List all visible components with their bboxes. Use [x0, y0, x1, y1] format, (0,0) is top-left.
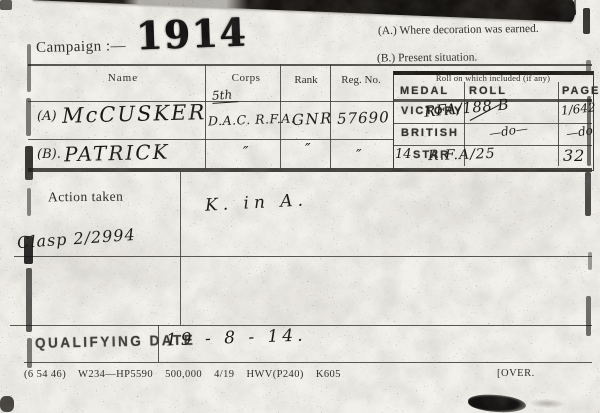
row-a-reg-no: 57690 — [337, 108, 390, 128]
row-a-name: McCUSKER — [62, 100, 207, 128]
divider-action-column — [180, 172, 181, 325]
row-a-corps: D.A.C. R.F.A. — [208, 110, 296, 128]
footer-print-code: (6 54 46) W234—HP5590 500,000 4/19 HWV(P… — [24, 369, 341, 380]
rule-card-bottom — [24, 362, 592, 363]
top-ink-band — [30, 0, 575, 22]
row-b-reg-ditto: ″ — [356, 146, 364, 164]
row-a-corps-unit: 5th — [212, 87, 239, 104]
scan-edge-mark — [556, 4, 576, 19]
divider-qualifying-column — [158, 325, 159, 362]
row-b-rank-ditto: ″ — [305, 140, 313, 158]
row-b-name: PATRICK — [64, 140, 170, 167]
rule-between-name-rows — [28, 139, 393, 140]
scan-edge-mark — [583, 8, 590, 34]
ink-smudge-faint — [530, 398, 564, 408]
note-where-earned: (A.) Where decoration was earned. — [378, 23, 539, 37]
scan-edge-mark — [27, 338, 32, 368]
scan-edge-mark — [25, 146, 33, 180]
medal-card-scan: Campaign :— 1914 (A.) Where decoration w… — [0, 0, 600, 413]
row-a-prefix: (A) — [37, 109, 57, 124]
ink-smudge — [468, 393, 527, 413]
rule-heavy-under-table — [28, 168, 592, 172]
campaign-label: Campaign :— — [36, 38, 126, 57]
medal-box-divider-page — [558, 82, 559, 166]
scan-edge-mark — [588, 252, 592, 270]
scan-edge-mark — [0, 396, 14, 412]
scan-edge-mark — [586, 60, 591, 74]
action-taken-label: Action taken — [48, 189, 123, 206]
header-rank: Rank — [284, 74, 328, 86]
scan-edge-mark — [585, 172, 591, 216]
scan-edge-mark — [587, 96, 591, 166]
clasp-note: Clasp 2/2994 — [16, 225, 136, 252]
scan-edge-mark — [26, 98, 31, 136]
star-roll-value: R.F.A/25 — [428, 146, 496, 164]
star-year-prefix: 14 — [395, 147, 412, 162]
qualifying-date-value: 19 - 8 - 14. — [166, 326, 307, 351]
row-b-prefix: (B). — [37, 147, 61, 162]
rule-under-action-row — [14, 256, 592, 257]
scan-edge-mark — [26, 268, 32, 332]
scan-edge-mark — [27, 188, 31, 216]
rule-under-campaign — [28, 64, 592, 66]
header-reg-no: Reg. No. — [332, 74, 390, 86]
medal-box-row-rule-1 — [393, 123, 592, 124]
star-page-value: 32 — [563, 146, 585, 165]
scan-edge-mark — [24, 236, 33, 264]
scan-edge-mark — [586, 296, 591, 336]
header-name: Name — [88, 72, 158, 84]
over-label: [OVER. — [497, 368, 535, 379]
scan-edge-mark — [0, 0, 12, 10]
scan-edge-mark — [27, 44, 31, 92]
killed-in-action-note: K. in A. — [205, 190, 309, 215]
campaign-year-stamp: 1914 — [135, 13, 247, 54]
row-b-corps-ditto: ″ — [243, 143, 251, 161]
note-present-situation: (B.) Present situation. — [377, 51, 477, 64]
rule-under-table-headers — [28, 101, 393, 102]
row-a-rank: GNR — [292, 109, 334, 129]
header-corps: Corps — [216, 72, 276, 84]
